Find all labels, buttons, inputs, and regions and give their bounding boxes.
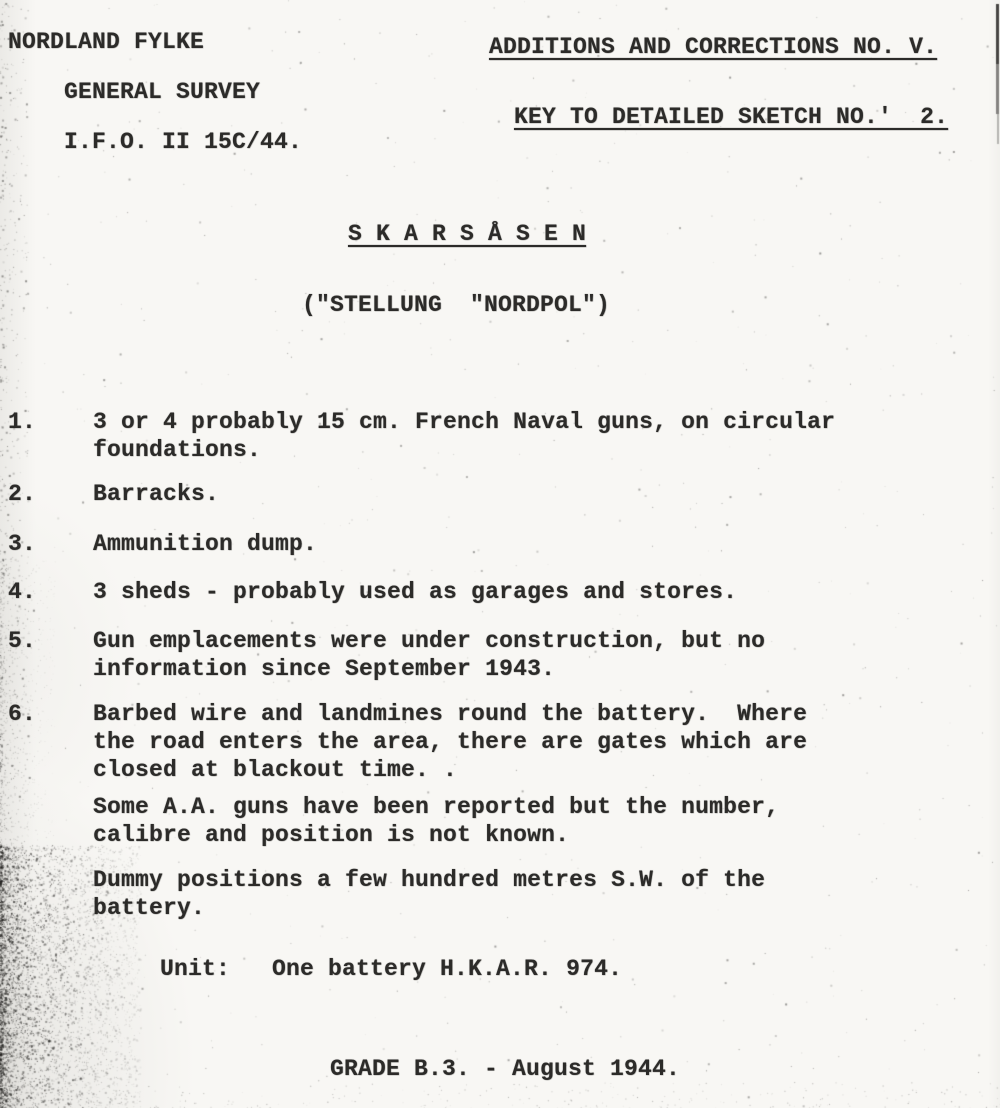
unit-row: Unit:One battery H.K.A.R. 974.	[160, 955, 622, 983]
grade-line: GRADE B.3. - August 1944.	[330, 1055, 680, 1083]
item-number: 5.	[8, 627, 36, 655]
header-org-line: GENERAL SURVEY	[64, 79, 260, 105]
document-page: NORDLAND FYLKE GENERAL SURVEY I.F.O. II …	[0, 0, 1000, 1108]
site-subtitle: ("STELLUNG "NORDPOL")	[302, 291, 610, 319]
item-text: Gun emplacements were under construction…	[93, 627, 765, 683]
site-title: S K A R S Å S E N	[348, 220, 586, 248]
unit-label: Unit:	[160, 956, 230, 982]
item-number: 6.	[8, 700, 36, 728]
item-number: 3.	[8, 530, 36, 558]
header-org-block: NORDLAND FYLKE GENERAL SURVEY I.F.O. II …	[8, 30, 302, 155]
item-number: 2.	[8, 480, 36, 508]
item-text: Barracks.	[93, 480, 219, 508]
additions-corrections-title: ADDITIONS AND CORRECTIONS NO. V.	[489, 33, 937, 61]
paragraph-aa-guns: Some A.A. guns have been reported but th…	[93, 793, 779, 849]
header-org-line: I.F.O. II 15C/44.	[64, 129, 302, 155]
header-org-line: NORDLAND FYLKE	[8, 29, 204, 55]
item-number: 4.	[8, 578, 36, 606]
item-text: Ammunition dump.	[93, 530, 317, 558]
paragraph-dummy-positions: Dummy positions a few hundred metres S.W…	[93, 866, 765, 922]
item-text: 3 sheds - probably used as garages and s…	[93, 578, 737, 606]
key-sketch-title: KEY TO DETAILED SKETCH NO.' 2.	[514, 103, 948, 131]
item-number: 1.	[8, 408, 36, 436]
item-text: Barbed wire and landmines round the batt…	[93, 700, 807, 784]
item-text: 3 or 4 probably 15 cm. French Naval guns…	[93, 408, 835, 464]
unit-value: One battery H.K.A.R. 974.	[272, 956, 622, 982]
